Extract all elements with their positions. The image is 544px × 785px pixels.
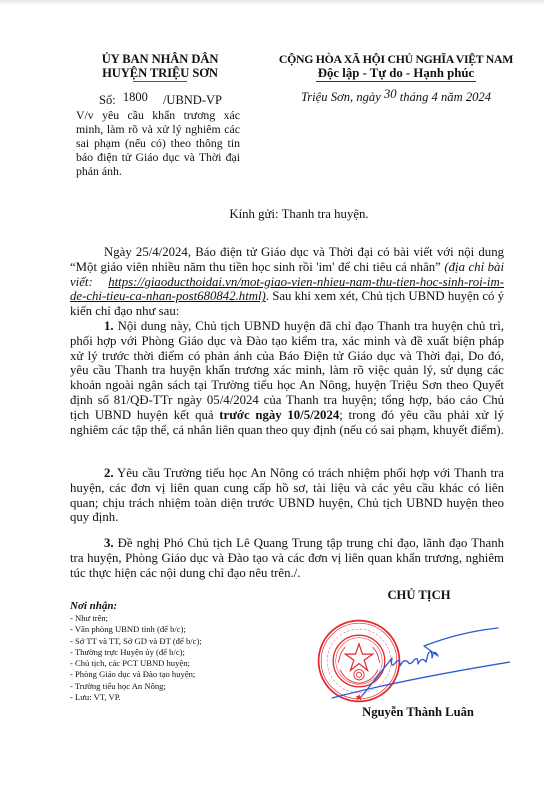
issuing-agency: ỦY BAN NHÂN DÂN HUYỆN TRIỆU SƠN bbox=[74, 52, 246, 82]
paragraph-intro: Ngày 25/4/2024, Báo điện tử Giáo dục và … bbox=[70, 245, 504, 319]
recipient-item: - Thường trực Huyện ủy (để b/c); bbox=[70, 647, 290, 658]
date-day: 30 bbox=[384, 87, 397, 101]
recipients-list: Nơi nhận: - Như trên; - Văn phòng UBND t… bbox=[70, 600, 290, 703]
national-header: CỘNG HÒA XÃ HỘI CHỦ NGHĨA VIỆT NAM Độc l… bbox=[248, 52, 544, 105]
number-label: Số: bbox=[99, 93, 116, 107]
place-date-prefix: Triệu Sơn, ngày bbox=[301, 90, 381, 104]
paragraph-item-3: 3. Đề nghị Phó Chủ tịch Lê Quang Trung t… bbox=[70, 536, 504, 580]
signer-title: CHỦ TỊCH bbox=[294, 588, 544, 603]
signature-block: CHỦ TỊCH Nguyễn Thành Luân bbox=[290, 588, 540, 603]
paragraph-item-1: 1. Nội dung này, Chủ tịch UBND huyện đã … bbox=[70, 319, 504, 437]
paragraph-item-2: 2. Yêu cầu Trường tiểu học An Nông có tr… bbox=[70, 466, 504, 525]
item-1-text: Nội dung này, Chủ tịch UBND huyện đã chỉ… bbox=[70, 319, 504, 422]
item-1-deadline: trước ngày 10/5/2024 bbox=[219, 408, 339, 422]
national-motto: Độc lập - Tự do - Hạnh phúc bbox=[248, 66, 544, 81]
number-suffix: /UBND-VP bbox=[163, 93, 222, 107]
recipients-title: Nơi nhận: bbox=[70, 600, 290, 613]
signer-name: Nguyễn Thành Luân bbox=[290, 705, 540, 720]
item-1-number: 1. bbox=[104, 319, 114, 333]
intro-text: Ngày 25/4/2024, Báo điện tử Giáo dục và … bbox=[70, 245, 504, 274]
republic-title: CỘNG HÒA XÃ HỘI CHỦ NGHĨA VIỆT NAM bbox=[248, 52, 544, 66]
recipient-item: - Lưu: VT, VP. bbox=[70, 692, 290, 703]
agency-line-2: HUYỆN TRIỆU SƠN bbox=[74, 66, 246, 80]
number-value: 1800 bbox=[123, 90, 148, 104]
place-date-suffix: tháng 4 năm 2024 bbox=[400, 90, 491, 104]
greeting: Kính gửi: Thanh tra huyện. bbox=[0, 207, 544, 222]
recipient-item: - Như trên; bbox=[70, 613, 290, 624]
handwritten-signature-icon bbox=[320, 618, 510, 708]
recipient-item: - Phòng Giáo dục và Đào tạo huyện; bbox=[70, 669, 290, 680]
item-3-text: Đề nghị Phó Chủ tịch Lê Quang Trung tập … bbox=[70, 536, 504, 580]
item-2-text: Yêu cầu Trường tiểu học An Nông có trách… bbox=[70, 466, 504, 524]
item-2-number: 2. bbox=[104, 466, 114, 480]
recipient-item: - Chủ tịch, các PCT UBND huyện; bbox=[70, 658, 290, 669]
document-number: Số: 1800 /UBND-VP bbox=[99, 93, 222, 108]
recipient-item: - Văn phòng UBND tỉnh (để b/c); bbox=[70, 624, 290, 635]
place-date: Triệu Sơn, ngày 30 tháng 4 năm 2024 bbox=[248, 90, 544, 105]
agency-underline bbox=[133, 81, 187, 82]
agency-line-1: ỦY BAN NHÂN DÂN bbox=[74, 52, 246, 66]
motto-underline bbox=[316, 81, 476, 82]
item-3-number: 3. bbox=[104, 536, 114, 550]
page-top-shadow bbox=[0, 0, 544, 5]
recipient-item: - Trường tiểu học An Nông; bbox=[70, 681, 290, 692]
document-subject: V/v yêu cầu khẩn trương xác minh, làm rõ… bbox=[76, 108, 240, 178]
recipient-item: - Sở TT và TT, Sở GD và ĐT (để b/c); bbox=[70, 636, 290, 647]
